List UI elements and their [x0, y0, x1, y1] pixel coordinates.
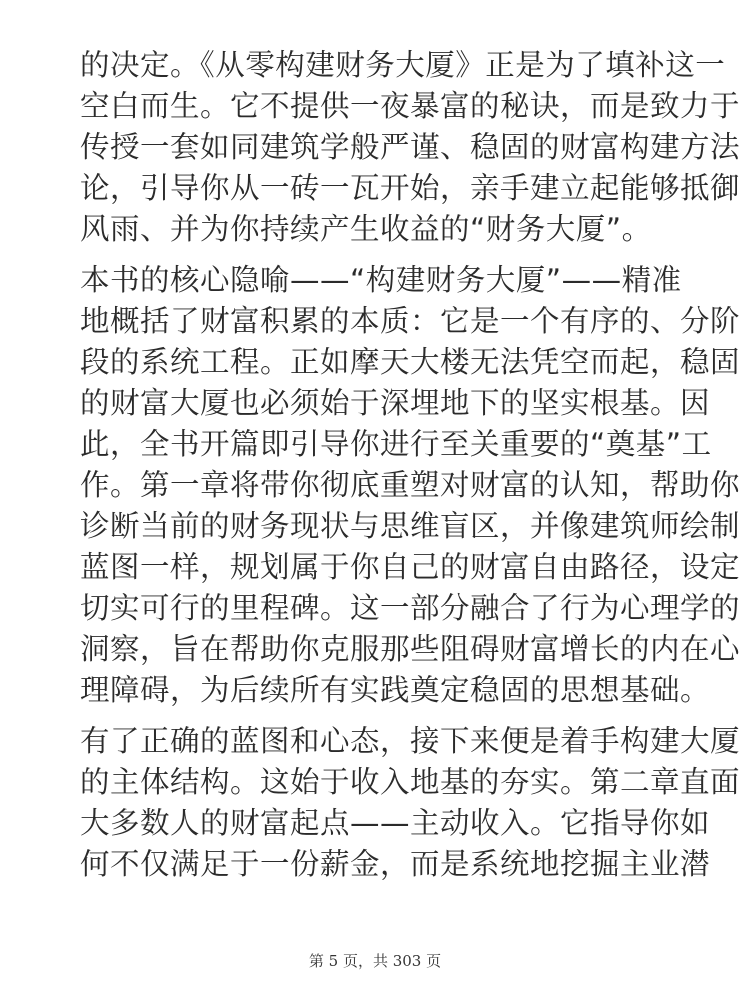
paragraph-3: 有了正确的蓝图和心态，接下来便是着手构建大厦 的主体结构。这始于收入地基的夯实。… — [80, 721, 700, 885]
page-indicator: 第 5 页，共 303 页 — [0, 950, 750, 971]
text-line: 论，引导你从一砖一瓦开始，亲手建立起能够抵御 — [80, 168, 700, 209]
text-line: 理障碍，为后续所有实践奠定稳固的思想基础。 — [80, 670, 700, 711]
text-line: 大多数人的财富起点——主动收入。它指导你如 — [80, 803, 700, 844]
text-line: 风雨、并为你持续产生收益的“财务大厦”。 — [80, 209, 700, 250]
text-line: 空白而生。它不提供一夜暴富的秘诀，而是致力于 — [80, 86, 700, 127]
text-line: 的主体结构。这始于收入地基的夯实。第二章直面 — [80, 762, 700, 803]
text-line: 段的系统工程。正如摩天大楼无法凭空而起，稳固 — [80, 342, 700, 383]
text-line: 本书的核心隐喻——“构建财务大厦”——精准 — [80, 260, 700, 301]
text-line: 此，全书开篇即引导你进行至关重要的“奠基”工 — [80, 424, 700, 465]
document-page: 的决定。《从零构建财务大厦》正是为了填补这一 空白而生。它不提供一夜暴富的秘诀，… — [80, 45, 700, 895]
paragraph-1: 的决定。《从零构建财务大厦》正是为了填补这一 空白而生。它不提供一夜暴富的秘诀，… — [80, 45, 700, 250]
text-line: 传授一套如同建筑学般严谨、稳固的财富构建方法 — [80, 127, 700, 168]
text-line: 洞察，旨在帮助你克服那些阻碍财富增长的内在心 — [80, 629, 700, 670]
text-line: 何不仅满足于一份薪金，而是系统地挖掘主业潜 — [80, 844, 700, 885]
text-line: 切实可行的里程碑。这一部分融合了行为心理学的 — [80, 588, 700, 629]
text-line: 作。第一章将带你彻底重塑对财富的认知，帮助你 — [80, 465, 700, 506]
text-line: 地概括了财富积累的本质：它是一个有序的、分阶 — [80, 301, 700, 342]
text-line: 有了正确的蓝图和心态，接下来便是着手构建大厦 — [80, 721, 700, 762]
text-line: 的财富大厦也必须始于深埋地下的坚实根基。因 — [80, 383, 700, 424]
text-line: 的决定。《从零构建财务大厦》正是为了填补这一 — [80, 45, 700, 86]
text-line: 蓝图一样，规划属于你自己的财富自由路径，设定 — [80, 547, 700, 588]
text-line: 诊断当前的财务现状与思维盲区，并像建筑师绘制 — [80, 506, 700, 547]
paragraph-2: 本书的核心隐喻——“构建财务大厦”——精准 地概括了财富积累的本质：它是一个有序… — [80, 260, 700, 711]
